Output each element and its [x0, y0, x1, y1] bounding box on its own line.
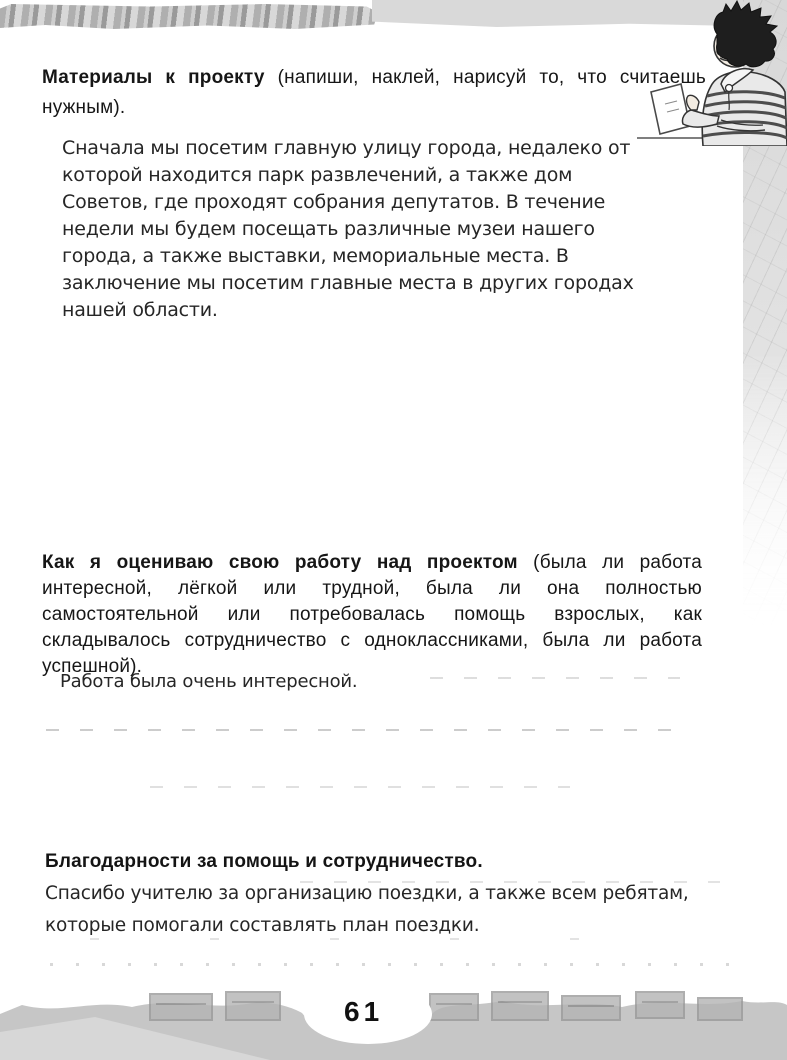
student-answer-thanks: Спасибо учителю за организацию поездки, … [45, 878, 735, 942]
ruled-line-remnant [46, 729, 691, 731]
boy-with-paper-drawing [625, 0, 787, 146]
top-left-texture-band [0, 4, 378, 29]
ruled-line-remnant [50, 963, 730, 966]
section-title-thanks: Благодарности за помощь и сотрудничество… [45, 851, 725, 873]
student-answer-materials: Сначала мы посетим главную улицу города,… [62, 135, 650, 324]
watermark-letters [150, 992, 742, 1020]
ruled-line-remnant [150, 786, 570, 788]
section-title-materials-bold: Материалы к проекту [42, 67, 265, 88]
hair [714, 1, 777, 67]
section-title-evaluation: Как я оцениваю свою работу над проектом … [42, 550, 702, 680]
striped-sweater [702, 69, 787, 146]
student-answer-evaluation: Работа была очень интересной. [60, 670, 660, 694]
ruled-line-remnant [300, 881, 720, 883]
ruled-line-remnant [430, 677, 680, 679]
section-title-evaluation-bold: Как я оцениваю свою работу над проектом [42, 552, 518, 573]
boy-with-paper-illustration [625, 0, 787, 146]
ruled-line-remnant [90, 938, 650, 940]
section-title-materials: Материалы к проекту (напиши, наклей, нар… [42, 63, 706, 123]
page-number: 61 [344, 996, 434, 1028]
paper-sheet-icon [651, 84, 690, 134]
